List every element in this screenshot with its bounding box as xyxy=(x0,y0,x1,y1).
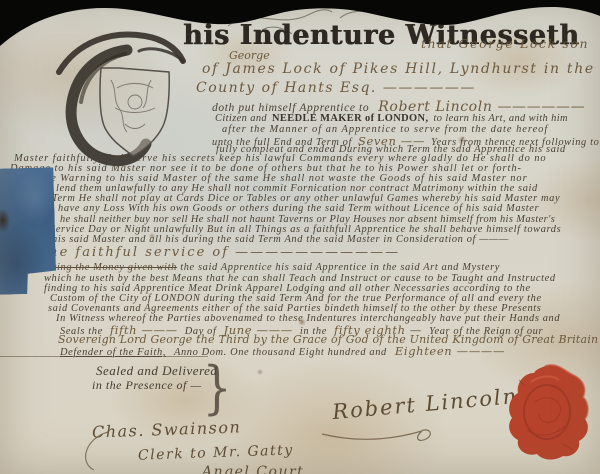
header-line-county: County of Hants Esq. —————— xyxy=(196,80,476,96)
signature-flourish xyxy=(318,418,478,444)
after-struck-text: the said Apprentice his said Apprentice … xyxy=(180,262,500,273)
witness-role: Clerk to Mr. Gatty xyxy=(138,442,294,463)
attestation-line-2: in the Presence of — xyxy=(92,378,202,393)
attestation-line-1: Sealed and Delivered xyxy=(96,363,217,379)
consideration-hand-line: the faithful service of ——————————— xyxy=(42,245,400,260)
red-wax-seal xyxy=(505,364,589,464)
trade-needle-maker: NEEDLE MAKER of LONDON, xyxy=(272,113,428,124)
header-line-citizen: Citizen and NEEDLE MAKER of LONDON, to l… xyxy=(215,113,568,124)
printed-citizen-and: Citizen and xyxy=(215,113,267,124)
witness-name: Chas. Swainson xyxy=(92,417,242,441)
title-hand-continuation: that George Lock son xyxy=(421,36,589,51)
fold-crease xyxy=(0,356,208,357)
witness-address: Angel Court xyxy=(202,464,304,474)
decorative-initial-T: T xyxy=(55,28,195,170)
header-line-parents-text: of James Lock of Pikes Hill, Lyndhurst i… xyxy=(202,61,595,77)
attestation-brace: } xyxy=(203,355,232,421)
covenant-line: have any Loss With his own Goods or othe… xyxy=(58,203,539,214)
printed-learn-art: to learn his Art, and with him xyxy=(433,113,568,124)
header-line-parents: of James Lock of Pikes Hill, Lyndhurst i… xyxy=(202,61,600,77)
year-hand: Eighteen ———— xyxy=(395,344,505,358)
coat-of-arms-shield xyxy=(100,68,169,156)
struck-money-line: being the Money given with the said Appr… xyxy=(46,262,500,273)
covenant-line: his said Master and all his during the s… xyxy=(52,234,509,245)
photograph-of-indenture: T xyxy=(0,0,600,474)
parchment-sheet: T xyxy=(0,0,600,474)
struck-out-text: being the Money given with xyxy=(46,262,177,273)
